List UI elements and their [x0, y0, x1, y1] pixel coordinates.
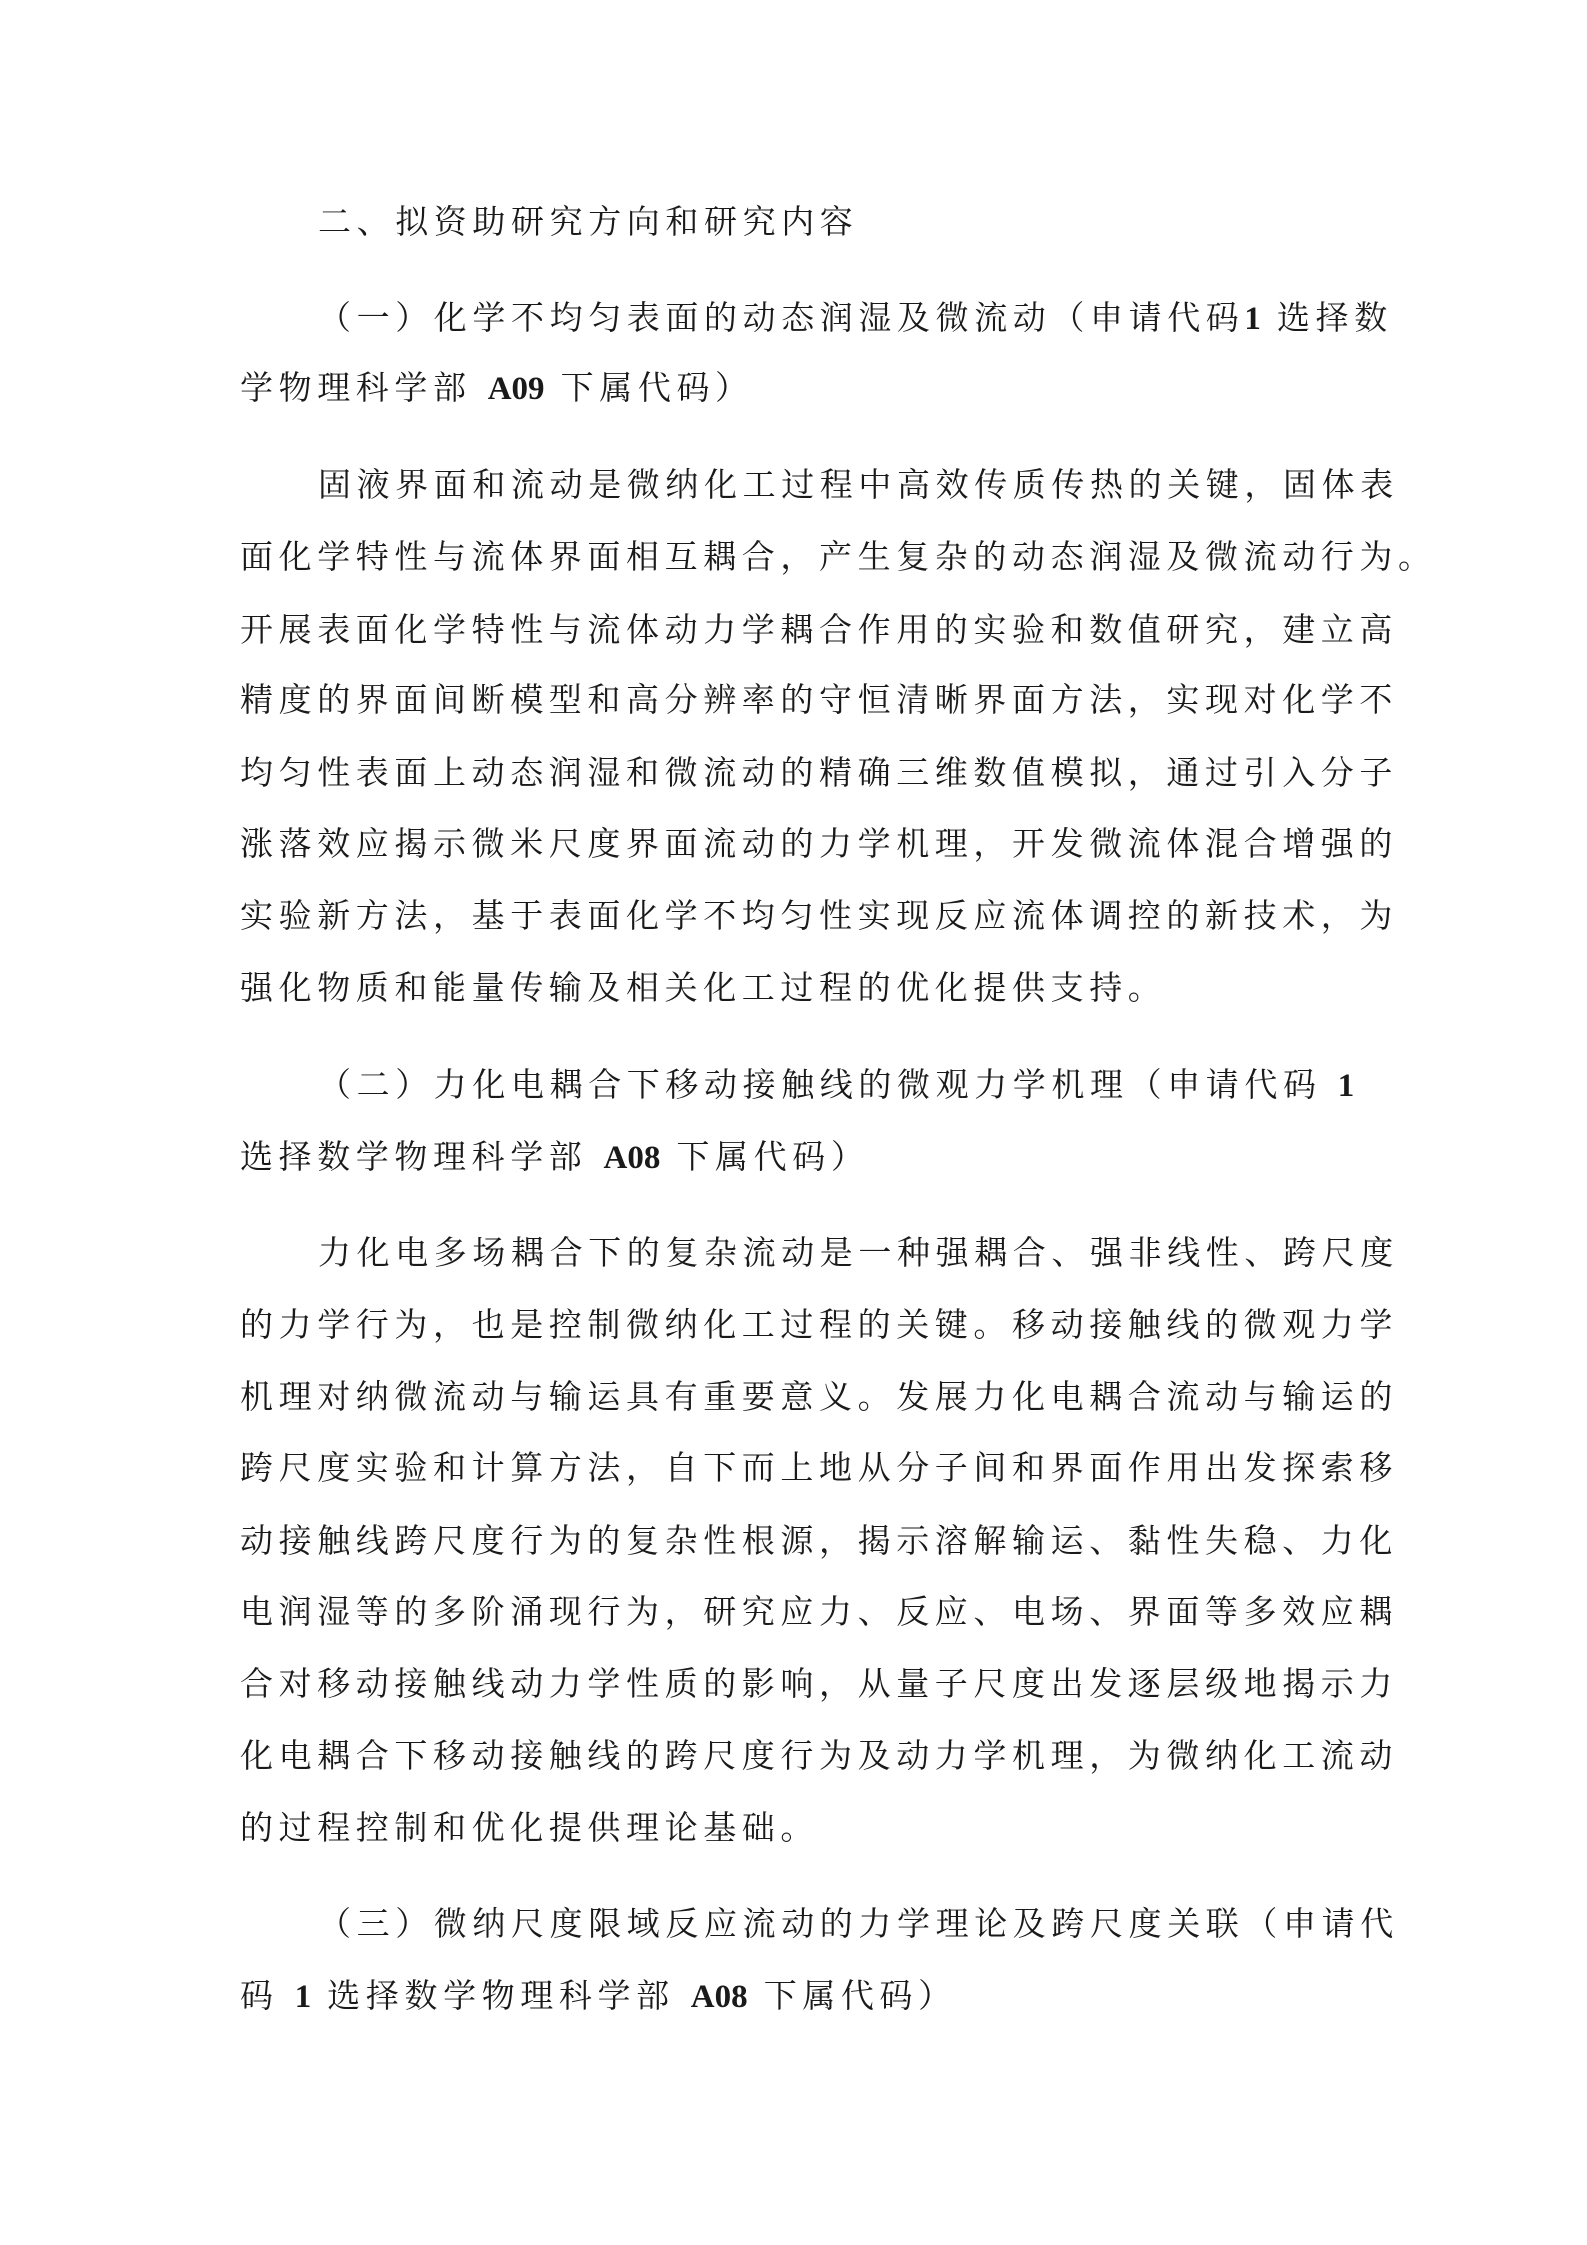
topic-1-body-line: 精度的界面间断模型和高分辨率的守恒清晰界面方法，实现对化学不 — [240, 678, 1398, 722]
topic-1-body-line: 开展表面化学特性与流体动力学耦合作用的实验和数值研究，建立高 — [240, 608, 1398, 652]
topic-1-heading-line-2: 学物理科学部 A09 下属代码） — [240, 366, 754, 410]
topic-2-body-line: 的力学行为，也是控制微纳化工过程的关键。移动接触线的微观力学 — [240, 1303, 1398, 1347]
heading-text: 下属代码） — [676, 1137, 869, 1176]
topic-1-body-line: 实验新方法，基于表面化学不均匀性实现反应流体调控的新技术，为 — [240, 894, 1398, 938]
code-number: 1 — [1244, 301, 1261, 337]
topic-1-body-line: 均匀性表面上动态润湿和微流动的精确三维数值模拟，通过引入分子 — [240, 751, 1398, 795]
section-title: 二、拟资助研究方向和研究内容 — [318, 200, 858, 244]
heading-text: 码 — [240, 1976, 279, 2015]
topic-3-heading-line-1: （三）微纳尺度限域反应流动的力学理论及跨尺度关联（申请代 — [318, 1902, 1399, 1946]
code-number: 1 — [295, 1979, 312, 2015]
topic-2-body-line: 的过程控制和优化提供理论基础。 — [240, 1806, 819, 1850]
document-page: 二、拟资助研究方向和研究内容 （一）化学不均匀表面的动态润湿及微流动（申请代码1… — [0, 0, 1587, 2245]
topic-2-body-line: 力化电多场耦合下的复杂流动是一种强耦合、强非线性、跨尺度 — [318, 1231, 1399, 1275]
heading-text: 选择数学物理科学部 — [327, 1976, 674, 2015]
discipline-code: A09 — [488, 371, 545, 407]
topic-2-body-line: 跨尺度实验和计算方法，自下而上地从分子间和界面作用出发探索移 — [240, 1446, 1398, 1490]
topic-1-body-line: 涨落效应揭示微米尺度界面流动的力学机理，开发微流体混合增强的 — [240, 822, 1398, 866]
topic-1-body-line: 面化学特性与流体界面相互耦合，产生复杂的动态润湿及微流动行为。 — [240, 535, 1437, 579]
topic-2-body-line: 动接触线跨尺度行为的复杂性根源，揭示溶解输运、黏性失稳、力化 — [240, 1519, 1398, 1563]
topic-2-body-line: 合对移动接触线动力学性质的影响，从量子尺度出发逐层级地揭示力 — [240, 1662, 1398, 1706]
topic-2-heading-line-1: （二）力化电耦合下移动接触线的微观力学机理（申请代码 1 — [318, 1063, 1354, 1107]
topic-2-body-line: 化电耦合下移动接触线的跨尺度行为及动力学机理，为微纳化工流动 — [240, 1734, 1398, 1778]
heading-text: 选择数学物理科学部 — [240, 1137, 587, 1176]
heading-text: 学物理科学部 — [240, 368, 472, 407]
topic-1-heading-line-1: （一）化学不均匀表面的动态润湿及微流动（申请代码1 选择数 — [318, 296, 1393, 340]
heading-text: 下属代码） — [561, 368, 754, 407]
topic-1-body-line: 强化物质和能量传输及相关化工过程的优化提供支持。 — [240, 966, 1166, 1010]
heading-text: （一）化学不均匀表面的动态润湿及微流动（申请代码 — [318, 298, 1244, 337]
topic-2-heading-line-2: 选择数学物理科学部 A08 下属代码） — [240, 1135, 869, 1179]
topic-2-body-line: 电润湿等的多阶涌现行为，研究应力、反应、电场、界面等多效应耦 — [240, 1590, 1398, 1634]
code-number: 1 — [1338, 1068, 1355, 1104]
heading-text: （二）力化电耦合下移动接触线的微观力学机理（申请代码 — [318, 1065, 1322, 1104]
discipline-code: A08 — [604, 1140, 661, 1176]
topic-3-heading-line-2: 码 1 选择数学物理科学部 A08 下属代码） — [240, 1974, 957, 2018]
topic-1-body-line: 固液界面和流动是微纳化工过程中高效传质传热的关键，固体表 — [318, 463, 1399, 507]
heading-text: 下属代码） — [764, 1976, 957, 2015]
heading-text: 选择数 — [1277, 298, 1393, 337]
topic-2-body-line: 机理对纳微流动与输运具有重要意义。发展力化电耦合流动与输运的 — [240, 1375, 1398, 1419]
discipline-code: A08 — [691, 1979, 748, 2015]
